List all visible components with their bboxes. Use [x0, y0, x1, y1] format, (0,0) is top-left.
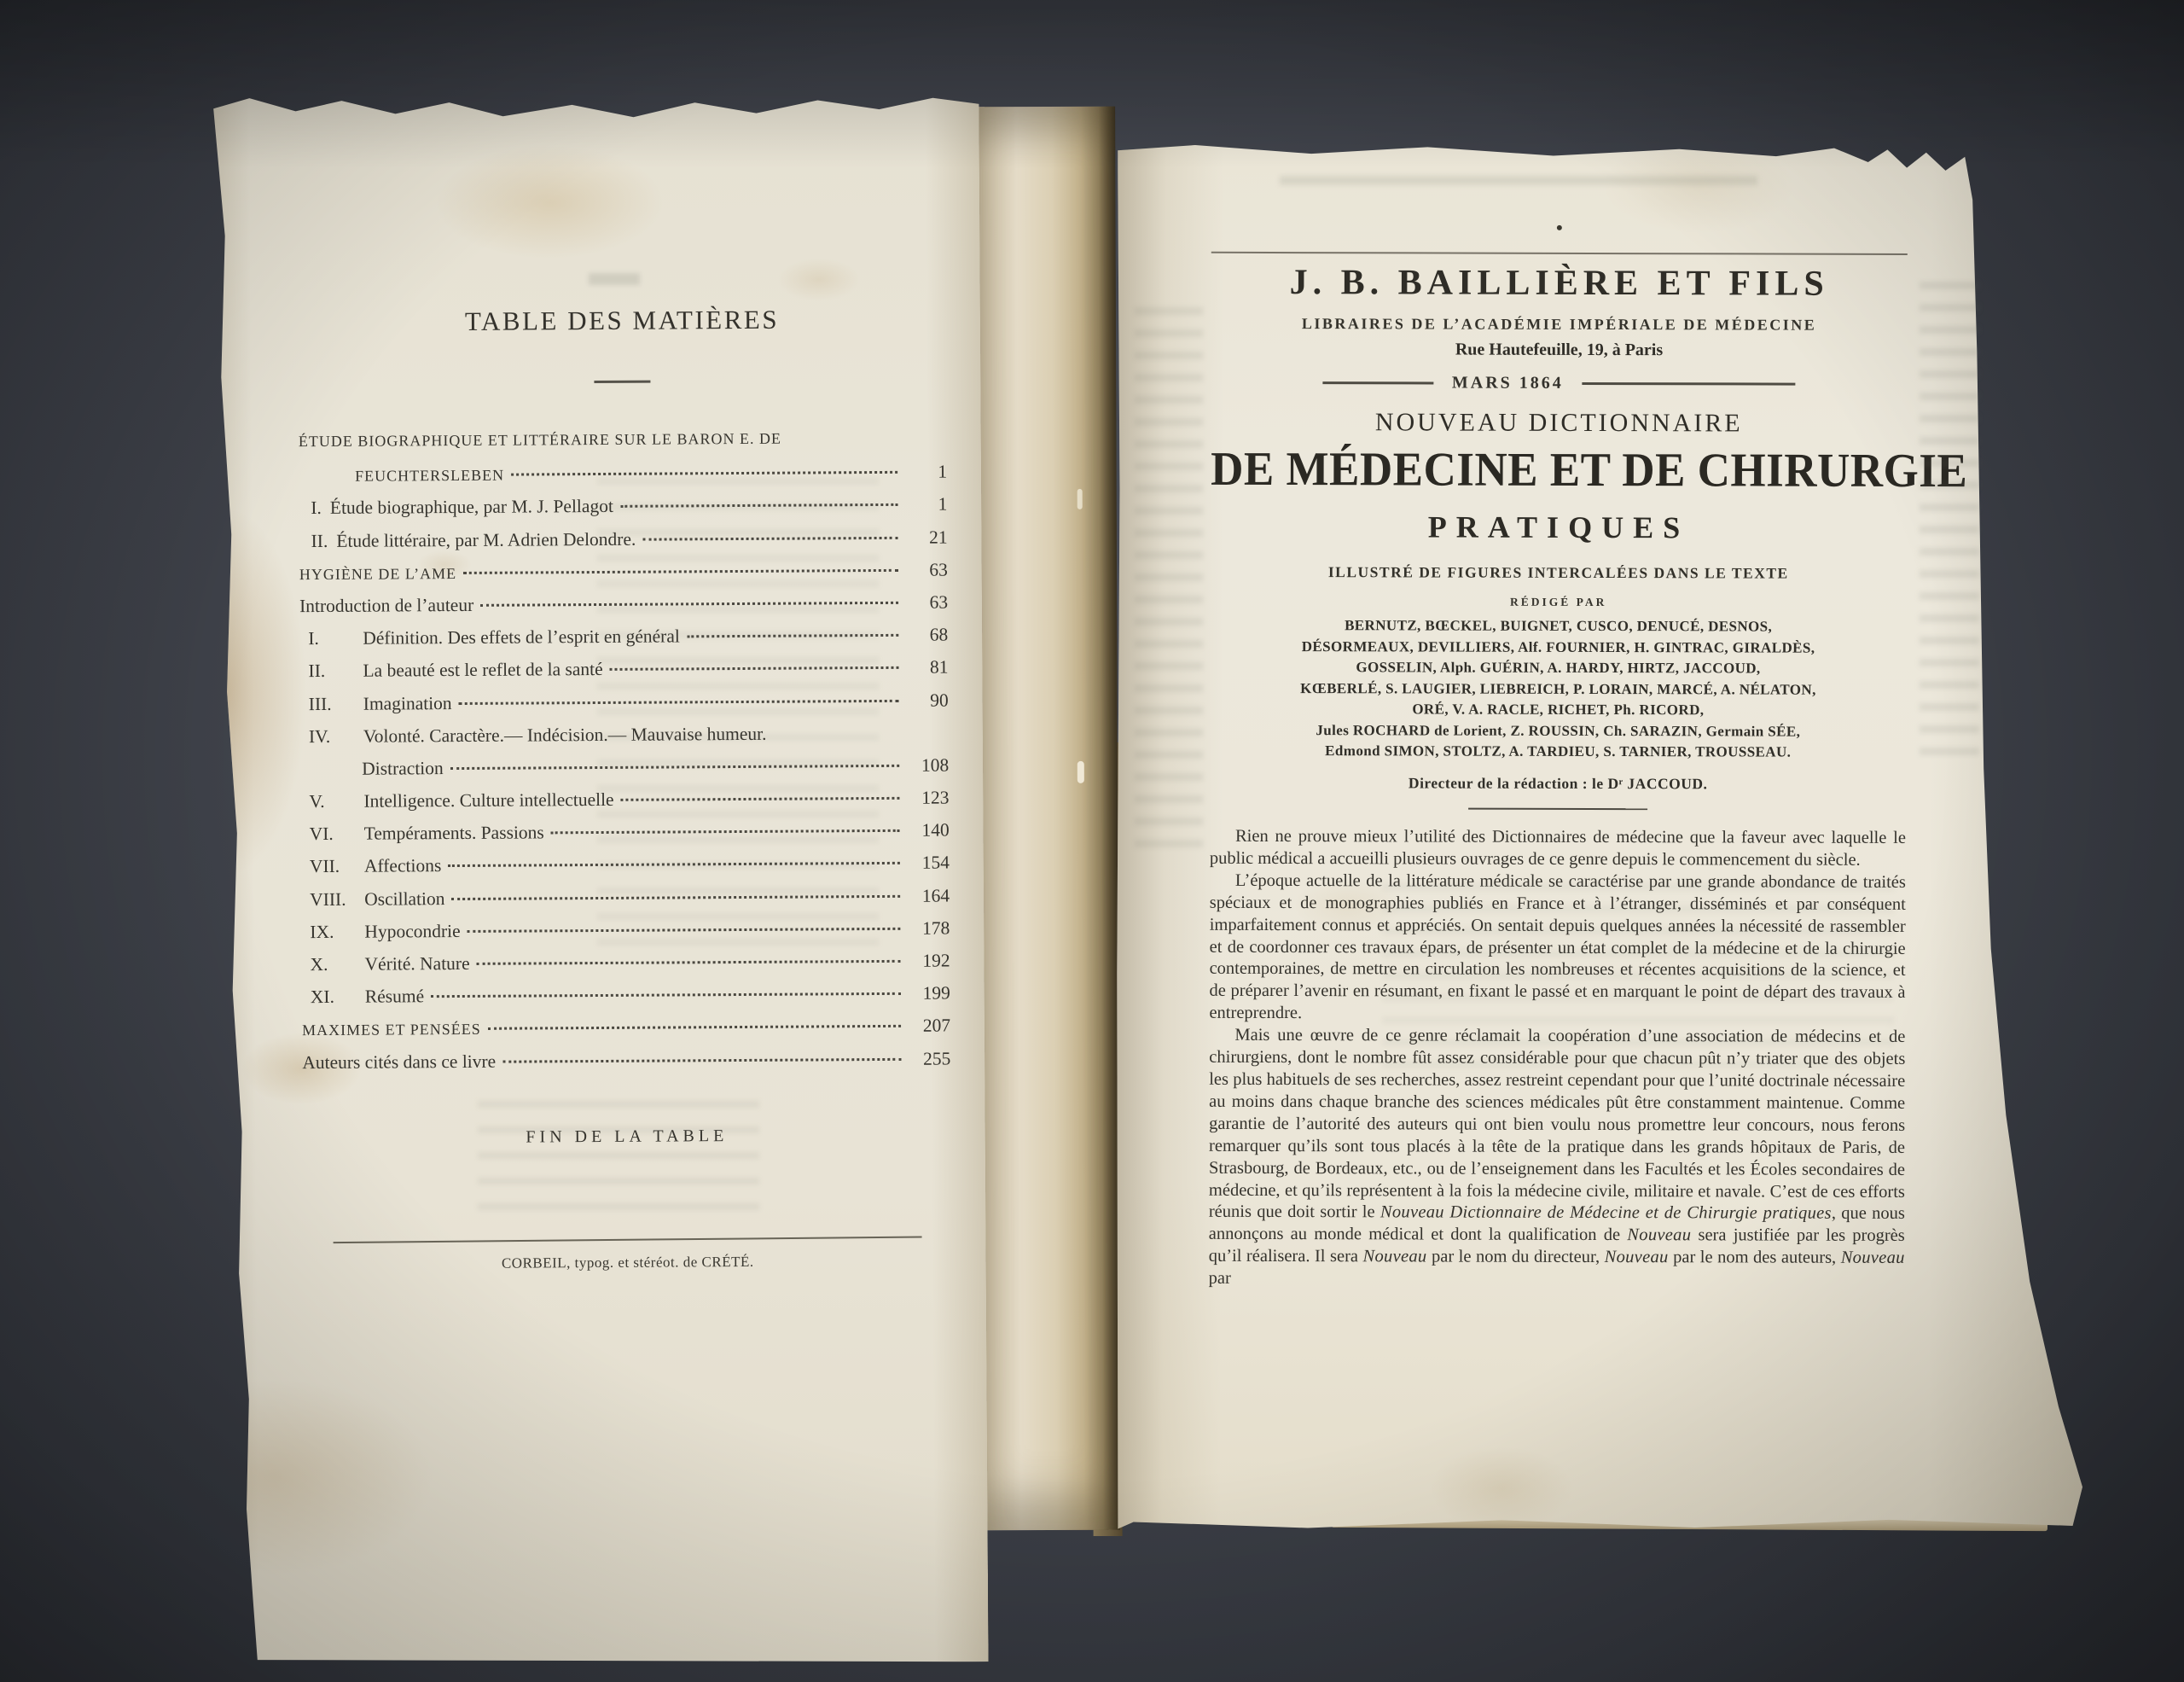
dot-leader — [610, 666, 899, 671]
author-line: Jules ROCHARD de Lorient, Z. ROUSSIN, Ch… — [1210, 719, 1906, 742]
dot-leader — [477, 960, 901, 965]
toc-entry: VII. Affections 154 — [301, 853, 950, 889]
toc-entry-number: IX. — [310, 921, 364, 942]
toc-entry: MAXIMES ET PENSÉES 207 — [302, 1016, 950, 1052]
toc-entry-page: 90 — [901, 690, 949, 711]
divider-dash-left — [1322, 381, 1433, 384]
author-line: GOSSELIN, Alph. GUÉRIN, A. HARDY, HIRTZ,… — [1210, 657, 1906, 680]
toc-entry-label: Intelligence. Culture intellectuelle — [363, 789, 613, 812]
toc-entry-number: I. — [308, 628, 363, 649]
fin-de-la-table: FIN DE LA TABLE — [303, 1125, 951, 1149]
toc-entry-page: 178 — [902, 917, 950, 939]
author-line: ORÉ, V. A. RACLE, RICHET, Ph. RICORD, — [1210, 699, 1906, 722]
dot-leader — [687, 634, 898, 638]
toc-entry-label: Volonté. Caractère.— Indécision.— Mauvai… — [363, 723, 767, 747]
toc-entry: Distraction 108 — [300, 754, 949, 791]
toc-entry-number: VI. — [310, 824, 364, 845]
printer-imprint: CORBEIL, typog. et stéréot. de CRÉTÉ. — [304, 1252, 952, 1273]
dot-leader — [448, 862, 900, 867]
announcement-section: J. B. BAILLIÈRE ET FILS LIBRAIRES DE L’A… — [1209, 224, 1908, 1292]
toc-entry-number: V. — [309, 791, 363, 812]
publisher-address: Rue Hautefeuille, 19, à Paris — [1211, 340, 1907, 361]
toc-entry-label: Étude littéraire, par M. Adrien Delondre… — [336, 528, 636, 551]
toc-entry-label: Auteurs cités dans ce livre — [302, 1051, 496, 1073]
toc-entry: Auteurs cités dans ce livre 255 — [302, 1048, 950, 1085]
toc-entry-number: II. — [311, 531, 328, 552]
body-text: Rien ne prouve mieux l’utilité des Dicti… — [1209, 826, 1906, 1292]
dot-leader — [451, 894, 900, 899]
toc-entry-page: 81 — [900, 657, 948, 678]
toc-entry-label: Imagination — [363, 693, 452, 715]
director-line: Directeur de la rédaction : le Dʳ JACCOU… — [1210, 773, 1906, 793]
toc-entry-number: VIII. — [310, 888, 364, 910]
work-subtitle: PRATIQUES — [1211, 509, 1907, 546]
toc-entry-label: Définition. Des effets de l’esprit en gé… — [363, 626, 680, 649]
toc-entry-page: 192 — [903, 950, 950, 971]
toc-entry-number: III. — [309, 693, 363, 714]
toc-entry-page: 199 — [903, 983, 950, 1004]
toc-entry-page: 207 — [903, 1016, 950, 1037]
toc-entry-number: IV. — [309, 725, 363, 747]
toc-entry: XI. Résumé 199 — [302, 983, 950, 1020]
book-photo: TABLE DES MATIÈRES ÉTUDE BIOGRAPHIQUE ET… — [0, 0, 2184, 1682]
dot-leader — [468, 928, 901, 933]
toc-entry-number: X. — [311, 954, 365, 975]
toc-entry-label: Résumé — [365, 986, 424, 1007]
authors-list: BERNUTZ, BŒCKEL, BUIGNET, CUSCO, DENUCÉ,… — [1210, 615, 1906, 764]
dot-leader — [431, 992, 901, 998]
toc-entry: X. Vérité. Nature 192 — [302, 950, 950, 987]
toc-entry-label: HYGIÈNE DE L’AME — [299, 565, 456, 584]
author-line: BERNUTZ, BŒCKEL, BUIGNET, CUSCO, DENUCÉ,… — [1211, 615, 1907, 638]
dot-leader — [463, 569, 898, 574]
binding-thread — [1077, 761, 1084, 783]
toc-entry-page: 108 — [901, 754, 949, 776]
toc-list: ÉTUDE BIOGRAPHIQUE ET LITTÉRAIRE SUR LE … — [299, 429, 951, 1085]
toc-entry-page: 63 — [900, 591, 948, 613]
toc-entry-label: Tempéraments. Passions — [364, 823, 544, 845]
toc-entry: IX. Hypocondrie 178 — [301, 917, 950, 954]
header-rule — [1211, 252, 1908, 255]
toc-entry-label: MAXIMES ET PENSÉES — [302, 1021, 481, 1039]
dot-leader — [551, 829, 900, 834]
title-rule — [594, 381, 650, 383]
toc-entry-label: ÉTUDE BIOGRAPHIQUE ET LITTÉRAIRE SUR LE … — [299, 430, 781, 451]
dot-leader — [459, 699, 899, 704]
toc-entry: I. Étude biographique, par M. J. Pellago… — [299, 494, 947, 531]
toc-entry-page: 123 — [901, 788, 949, 809]
toc-title: TABLE DES MATIÈRES — [298, 304, 946, 339]
toc-entry-page: 154 — [902, 853, 950, 874]
toc-entry-page: 1 — [899, 494, 947, 515]
dot-leader — [511, 471, 897, 476]
right-page: J. B. BAILLIÈRE ET FILS LIBRAIRES DE L’A… — [1114, 143, 2086, 1532]
dot-leader — [642, 536, 897, 540]
toc-entry-label: Introduction de l’auteur — [299, 595, 473, 617]
dot-leader — [621, 797, 900, 801]
ornament-dot — [1557, 225, 1562, 230]
publisher-name: J. B. BAILLIÈRE ET FILS — [1211, 262, 1908, 305]
toc-entry-label: Oscillation — [364, 888, 445, 911]
publisher-subtitle: LIBRAIRES DE L’ACADÉMIE IMPÉRIALE DE MÉD… — [1211, 315, 1908, 335]
toc-entry: HYGIÈNE DE L’AME 63 — [299, 559, 948, 596]
toc-entry-label: Vérité. Nature — [365, 953, 470, 975]
divider-dash-right — [1583, 382, 1796, 385]
toc-entry-label: Étude biographique, par M. J. Pellagot — [330, 496, 613, 519]
toc-entry-label: Hypocondrie — [364, 921, 460, 943]
toc-entry: V. Intelligence. Culture intellectuelle … — [300, 788, 949, 824]
toc-entry: II. La beauté est le reflet de la santé … — [299, 657, 948, 694]
toc-entry-label: FEUCHTERSLEBEN — [355, 467, 504, 486]
toc-entry: III. Imagination 90 — [300, 690, 949, 726]
illustrated-note: ILLUSTRÉ DE FIGURES INTERCALÉES DANS LE … — [1211, 563, 1907, 583]
toc-entry-label: Distraction — [362, 758, 444, 780]
redige-par-label: RÉDIGÉ PAR — [1211, 595, 1907, 610]
toc-entry-number: I. — [311, 498, 322, 519]
toc-entry-label: La beauté est le reflet de la santé — [363, 659, 602, 682]
toc-entry-page: 164 — [902, 885, 950, 906]
author-line: Edmond SIMON, STOLTZ, A. TARDIEU, S. TAR… — [1210, 741, 1906, 764]
toc-entry: I. Définition. Des effets de l’esprit en… — [299, 625, 948, 661]
toc-entry: VI. Tempéraments. Passions 140 — [301, 820, 950, 857]
date-divider: MARS 1864 — [1211, 373, 1907, 394]
dot-leader — [502, 1057, 901, 1062]
dot-leader — [450, 765, 899, 770]
body-paragraph: Rien ne prouve mieux l’utilité des Dicti… — [1210, 826, 1906, 872]
left-page: TABLE DES MATIÈRES ÉTUDE BIOGRAPHIQUE ET… — [211, 90, 988, 1666]
book-spine — [974, 107, 1120, 1531]
work-title: DE MÉDECINE ET DE CHIRURGIE — [1211, 442, 1907, 498]
dot-leader — [480, 602, 898, 607]
toc-entry-page: 68 — [900, 625, 948, 646]
section-rule — [1468, 807, 1647, 810]
body-paragraph: Mais une œuvre de ce genre réclamait la … — [1209, 1025, 1906, 1292]
work-pretitle: NOUVEAU DICTIONNAIRE — [1211, 408, 1907, 439]
toc-entry-label: Affections — [364, 856, 442, 878]
toc-entry-number: II. — [308, 661, 363, 682]
dot-leader — [488, 1025, 901, 1030]
toc-entry: ÉTUDE BIOGRAPHIQUE ET LITTÉRAIRE SUR LE … — [299, 429, 947, 466]
author-line: DÉSORMEAUX, DEVILLIERS, Alf. FOURNIER, H… — [1211, 636, 1907, 659]
body-paragraph: L’époque actuelle de la littérature médi… — [1209, 870, 1905, 1027]
toc-entry-page: 21 — [899, 527, 947, 548]
toc-entry: Introduction de l’auteur 63 — [299, 591, 948, 628]
date-label: MARS 1864 — [1452, 374, 1564, 393]
toc-entry: FEUCHTERSLEBEN 1 — [299, 462, 947, 498]
toc-entry-page: 140 — [902, 820, 950, 841]
toc-entry-page: 1 — [899, 462, 947, 483]
toc-entry-page: 255 — [903, 1048, 950, 1069]
toc-entry-number: VII. — [310, 856, 364, 877]
toc-entry: IV. Volonté. Caractère.— Indécision.— Ma… — [300, 722, 949, 759]
author-line: KŒBERLÉ, S. LAUGIER, LIEBREICH, P. LORAI… — [1210, 678, 1906, 701]
toc-section: TABLE DES MATIÈRES ÉTUDE BIOGRAPHIQUE ET… — [298, 304, 952, 1273]
imprint-rule — [334, 1236, 922, 1243]
toc-entry: VIII. Oscillation 164 — [301, 885, 950, 922]
toc-entry: II. Étude littéraire, par M. Adrien Delo… — [299, 527, 948, 563]
dot-leader — [620, 503, 897, 508]
toc-entry-number: XI. — [311, 987, 365, 1008]
toc-entry-page: 63 — [900, 559, 948, 580]
